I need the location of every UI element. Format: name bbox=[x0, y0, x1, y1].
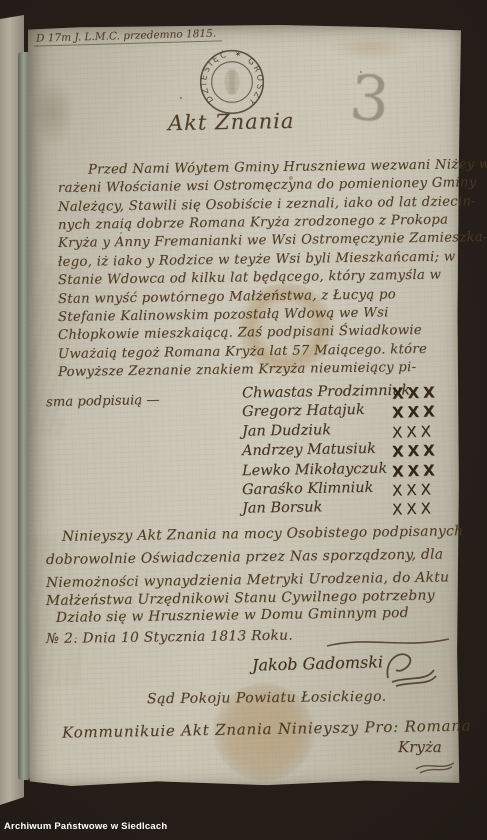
name-flourish-icon bbox=[414, 758, 456, 774]
witness-name: Gregorz Hatajuk bbox=[242, 402, 365, 420]
transmittal-name: Kryża bbox=[398, 738, 442, 756]
witness-name: Chwastas Prodzimniuk bbox=[242, 383, 411, 402]
witness-mark: XXX bbox=[392, 402, 439, 422]
archival-scan: D 17m J. L.M.C. przedemno 1815. DZIESIĘĆ… bbox=[0, 0, 487, 840]
witness-name: Jan Borsuk bbox=[242, 499, 323, 516]
witness-mark: XXX bbox=[392, 383, 439, 403]
ink-speckles bbox=[28, 25, 30, 27]
witness-mark: XXX bbox=[392, 441, 439, 461]
stain bbox=[30, 77, 76, 147]
witness-name: Garaśko Klimniuk bbox=[242, 480, 374, 498]
witness-name: Andrzey Matusiuk bbox=[242, 441, 376, 459]
archive-watermark: Archiwum Państwowe w Siedlcach bbox=[4, 821, 167, 832]
signature-lead: sma podpisuią — bbox=[46, 393, 160, 410]
signature-paraph-icon bbox=[382, 648, 440, 688]
witness-mark: XXX bbox=[392, 499, 435, 518]
revenue-stamp: DZIESIĘĆ ✶ GROSZY bbox=[196, 46, 268, 118]
stamp-emblem-column bbox=[229, 71, 235, 94]
witness-mark: XXX bbox=[392, 480, 435, 499]
witness-mark: XXX bbox=[392, 422, 435, 441]
court-title: Sąd Pokoju Powiatu Łosickiego. bbox=[147, 689, 387, 708]
document-title: Akt Znania bbox=[168, 109, 295, 135]
witness-mark: XXX bbox=[392, 461, 439, 481]
stain bbox=[328, 35, 413, 61]
binding-strip bbox=[18, 52, 30, 780]
official-signature: Jakob Gadomski bbox=[252, 652, 383, 674]
witness-name: Lewko Mikołayczuk bbox=[242, 461, 387, 480]
pencil-page-number: 3 bbox=[347, 60, 393, 136]
witness-name: Jan Dudziuk bbox=[242, 422, 331, 440]
